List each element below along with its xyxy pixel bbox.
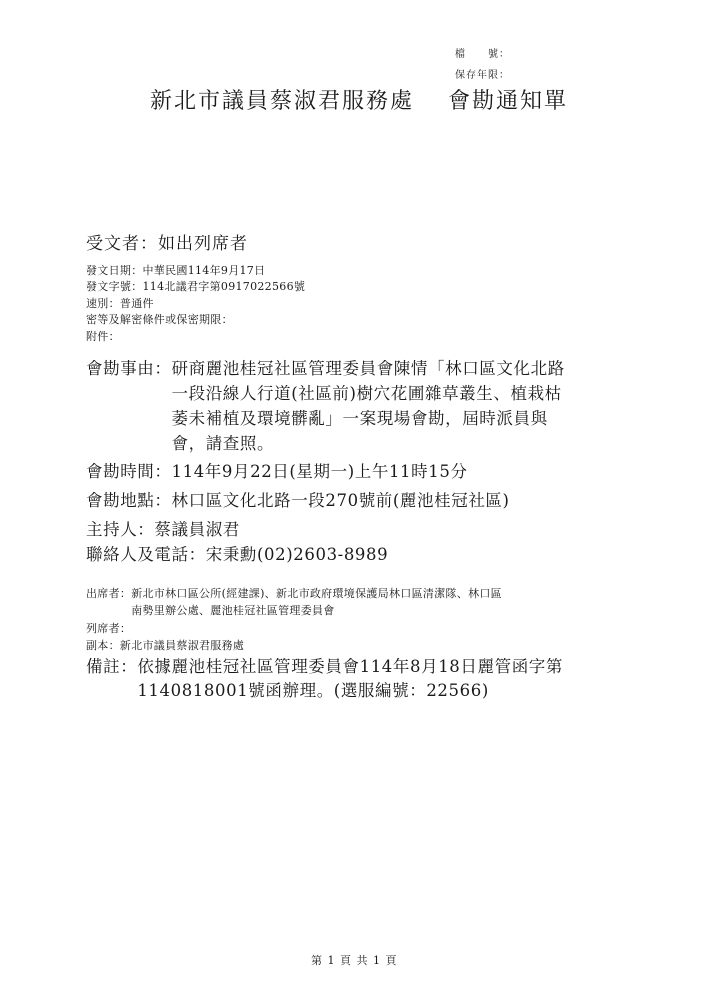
remarks-line: 1140818001號函辦理。(選服編號：22566): [137, 679, 646, 703]
recipient-label: 受文者：: [86, 234, 158, 254]
remarks: 備註： 依據麗池桂冠社區管理委員會114年8月18日麗管函字第 11408180…: [86, 655, 646, 703]
secrecy-level-label: 密等及解密條件或保密期限：: [86, 313, 233, 326]
issue-date: 發文日期：中華民國114年9月17日: [86, 262, 265, 278]
host-value: 蔡議員淑君: [154, 520, 240, 539]
inspection-location-label: 會勘地點：: [86, 491, 172, 510]
observers: 列席者：: [86, 620, 131, 636]
host-label: 主持人：: [86, 520, 154, 539]
contact-value: 宋秉勳(02)2603-8989: [206, 545, 389, 564]
inspection-time: 會勘時間：114年9月22日(星期一)上午11時15分: [86, 458, 468, 482]
reason-line: 研商麗池桂冠社區管理委員會陳情「林口區文化北路: [172, 356, 647, 381]
contact-label: 聯絡人及電話：: [86, 545, 206, 564]
speed-class-label: 速別：: [86, 297, 120, 310]
page-number: 第 1 頁 共 1 頁: [311, 952, 397, 968]
inspection-reason-label: 會勘事由：: [86, 356, 172, 456]
attendees-label: 出席者：: [86, 585, 131, 619]
recipient-value: 如出列席者: [158, 234, 248, 254]
inspection-location-value: 林口區文化北路一段270號前(麗池桂冠社區): [172, 491, 510, 510]
attendees: 出席者： 新北市林口區公所(經建課)、新北市政府環境保護局林口區清潔隊、林口區 …: [86, 585, 646, 619]
remarks-line: 依據麗池桂冠社區管理委員會114年8月18日麗管函字第: [137, 655, 646, 679]
attendees-line: 南勢里辦公處、麗池桂冠社區管理委員會: [131, 602, 646, 619]
remarks-text: 依據麗池桂冠社區管理委員會114年8月18日麗管函字第 1140818001號函…: [137, 655, 646, 703]
issue-date-label: 發文日期：: [86, 264, 143, 277]
speed-class-value: 普通件: [120, 297, 154, 310]
copy-to-value: 新北市議員蔡淑君服務處: [120, 639, 244, 652]
secrecy-level: 密等及解密條件或保密期限：: [86, 311, 233, 327]
reason-line: 會，請查照。: [172, 431, 647, 456]
title-organization: 新北市議員蔡淑君服務處: [150, 89, 414, 114]
speed-class: 速別：普通件: [86, 295, 154, 311]
recipient-line: 受文者：如出列席者: [86, 229, 248, 254]
remarks-label: 備註：: [86, 655, 137, 703]
attendees-list: 新北市林口區公所(經建課)、新北市政府環境保護局林口區清潔隊、林口區 南勢里辦公…: [131, 585, 646, 619]
copy-to: 副本：新北市議員蔡淑君服務處: [86, 637, 244, 653]
attachments-label: 附件：: [86, 330, 120, 343]
title-document-type: 會勘通知單: [448, 89, 568, 114]
inspection-time-label: 會勘時間：: [86, 462, 172, 481]
inspection-location: 會勘地點：林口區文化北路一段270號前(麗池桂冠社區): [86, 487, 510, 511]
reason-line: 萎未補植及環境髒亂」一案現場會勘，屆時派員與: [172, 406, 647, 431]
file-number-label: 檔 號：: [455, 45, 510, 60]
copy-to-label: 副本：: [86, 639, 120, 652]
document-number-label: 發文字號：: [86, 280, 143, 293]
attachments: 附件：: [86, 328, 120, 344]
inspection-reason-text: 研商麗池桂冠社區管理委員會陳情「林口區文化北路 一段沿線人行道(社區前)樹穴花圃…: [172, 356, 647, 456]
document-number: 發文字號：114北議君字第0917022566號: [86, 278, 305, 294]
inspection-reason: 會勘事由： 研商麗池桂冠社區管理委員會陳情「林口區文化北路 一段沿線人行道(社區…: [86, 356, 646, 456]
reason-line: 一段沿線人行道(社區前)樹穴花圃雜草叢生、植栽枯: [172, 381, 647, 406]
host: 主持人：蔡議員淑君: [86, 516, 240, 540]
issue-date-value: 中華民國114年9月17日: [143, 264, 266, 277]
inspection-time-value: 114年9月22日(星期一)上午11時15分: [172, 462, 468, 481]
observers-label: 列席者：: [86, 622, 131, 635]
document-number-value: 114北議君字第0917022566號: [143, 280, 306, 293]
contact: 聯絡人及電話：宋秉勳(02)2603-8989: [86, 541, 388, 565]
document-title: 新北市議員蔡淑君服務處會勘通知單: [150, 84, 568, 115]
retention-period-label: 保存年限：: [455, 66, 510, 81]
attendees-line: 新北市林口區公所(經建課)、新北市政府環境保護局林口區清潔隊、林口區: [131, 585, 646, 602]
